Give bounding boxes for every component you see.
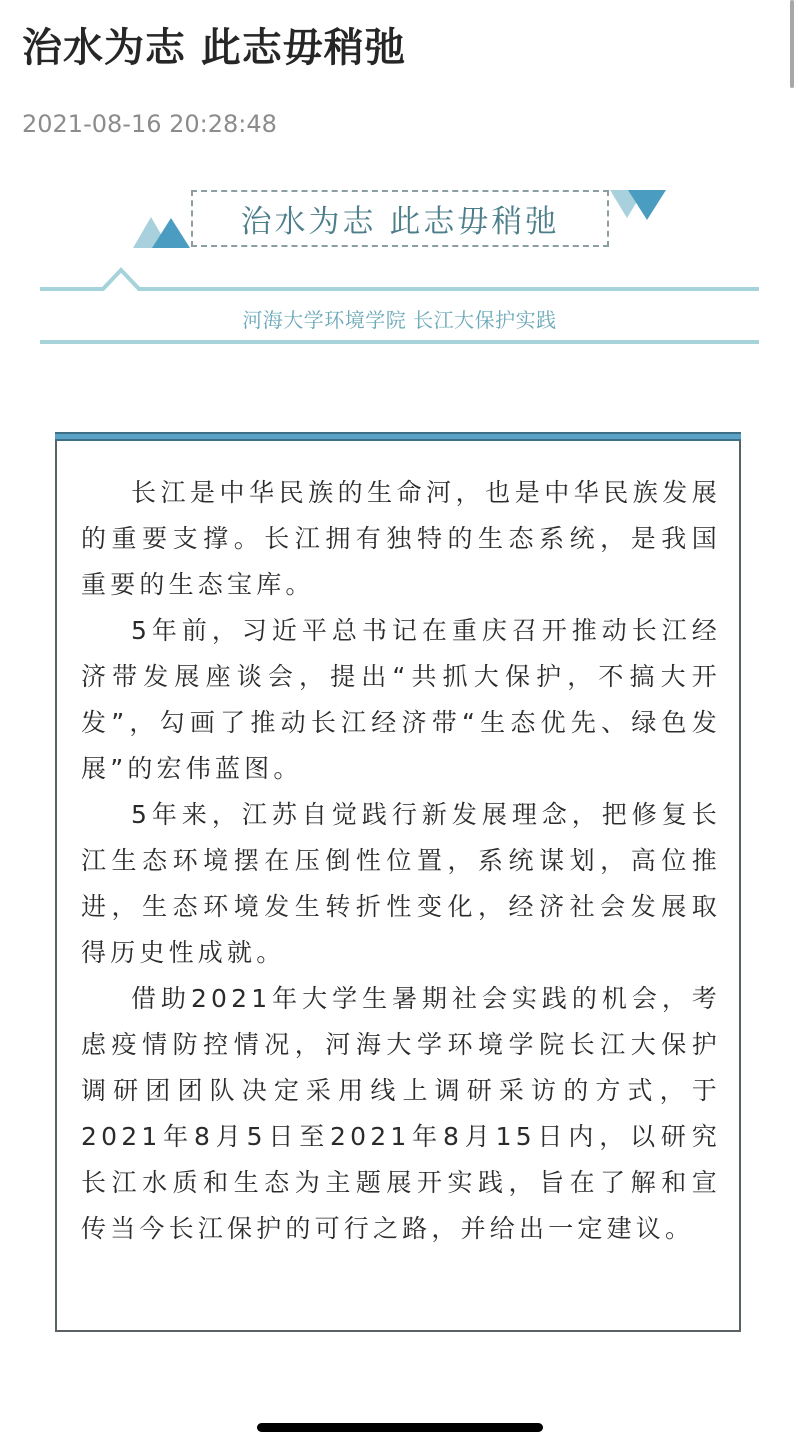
article-body: 长江是中华民族的生命河，也是中华民族发展的重要支撑。长江拥有独特的生态系统，是我… <box>81 470 721 1252</box>
home-indicator[interactable] <box>257 1423 543 1432</box>
banner-title: 治水为志 此志毋稍弛 <box>241 196 560 241</box>
scrollbar[interactable] <box>790 0 794 88</box>
divider-line <box>40 340 759 344</box>
paragraph: 5年来，江苏自觉践行新发展理念，把修复长江生态环境摆在压倒性位置，系统谋划，高位… <box>81 792 721 976</box>
paragraph: 长江是中华民族的生命河，也是中华民族发展的重要支撑。长江拥有独特的生态系统，是我… <box>81 470 721 608</box>
content-card: 长江是中华民族的生命河，也是中华民族发展的重要支撑。长江拥有独特的生态系统，是我… <box>55 432 741 1332</box>
content-card-topbar <box>55 432 741 441</box>
banner-subtitle: 河海大学环境学院 长江大保护实践 <box>0 305 799 335</box>
inverted-triangle-dark-icon <box>628 190 666 220</box>
publish-date: 2021-08-16 20:28:48 <box>22 108 277 140</box>
banner-title-box: 治水为志 此志毋稍弛 <box>191 190 609 247</box>
paragraph: 借助2021年大学生暑期社会实践的机会，考虑疫情防控情况，河海大学环境学院长江大… <box>81 976 721 1252</box>
paragraph: 5年前，习近平总书记在重庆召开推动长江经济带发展座谈会，提出“共抓大保护，不搞大… <box>81 608 721 792</box>
mountain-dark-icon <box>152 218 190 248</box>
peak-divider-line <box>40 265 760 295</box>
article-title: 治水为志 此志毋稍弛 <box>22 22 406 74</box>
